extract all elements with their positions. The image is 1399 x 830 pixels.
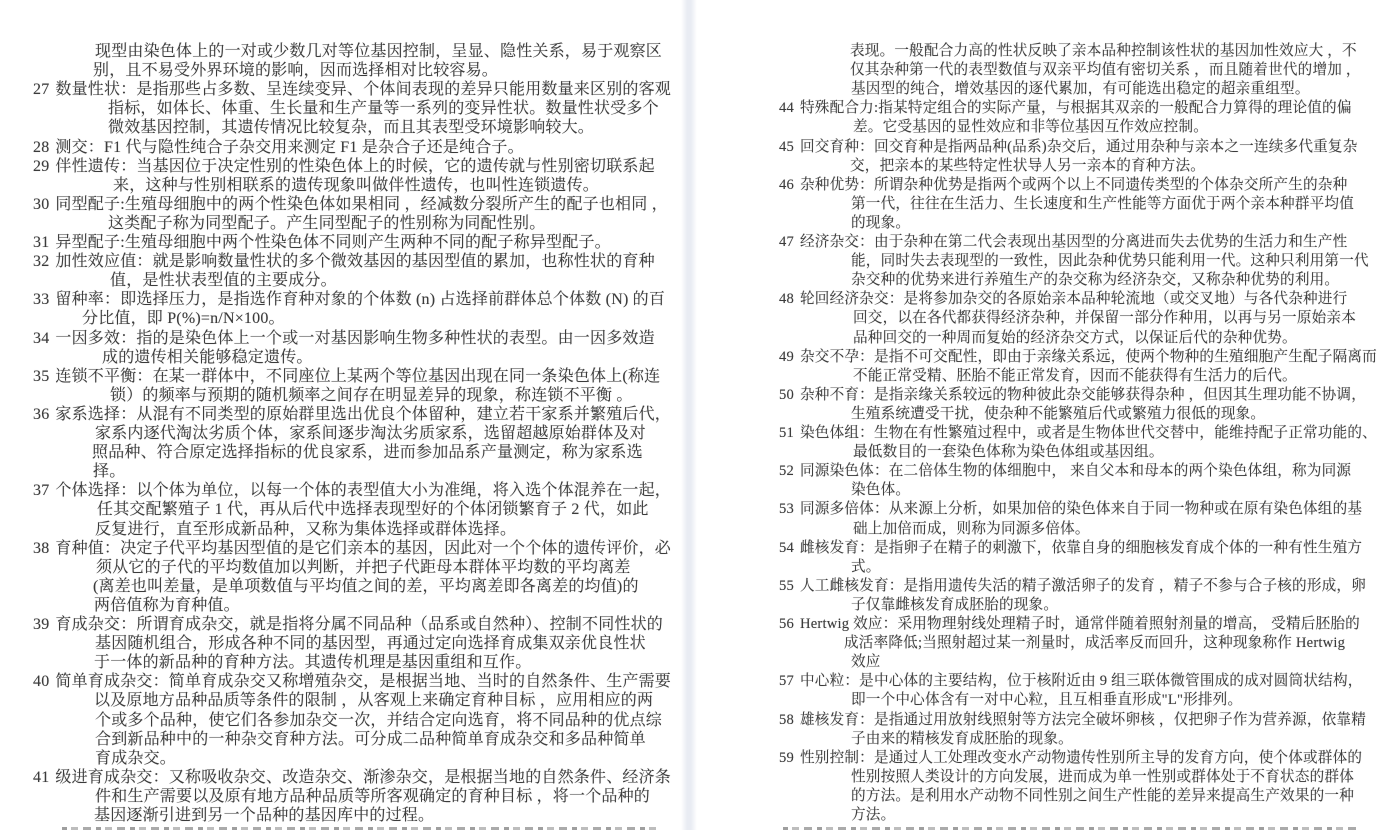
glossary-item-line: 51染色体组：生物在有性繁殖过程中，或者是生物体世代交替中，能维持配子正常功能的… (779, 426, 1377, 441)
line-text: 级进育成杂交：又称吸收杂交、改造杂交、渐渗杂交，是根据当地的自然条件、经济条 (55, 769, 671, 786)
line-text: 育成杂交：所谓育成杂交，就是指将分属不同品种（品系或自然种）、控制不同性状的 (55, 616, 663, 633)
glossary-continuation-line: 锁）的频率与预期的随机频率之间存在明显差异的现象，称连锁不平衡 。 (110, 388, 633, 404)
glossary-item-line: 53同源多倍体：从来源上分析，如果加倍的染色体来自于同一物种或在原有染色体组的基 (779, 502, 1362, 517)
line-text: 简单育成杂交：简单育成杂交又称增殖杂交，是根据当地、当时的自然条件、生产需要 (55, 673, 671, 690)
line-text: 中心粒：是中心体的主要结构，位于核附近由 9 组三联体微管围成的成对圆筒状结构， (800, 673, 1363, 689)
line-text: 反复进行，直至形成新品种，又称为集体选择或群体选择。 (95, 521, 516, 538)
glossary-item-line: 33留种率：即选择压力，是指选作育种对象的个体数 (n) 占选择前群体总个体数 … (33, 292, 665, 308)
glossary-continuation-line: 成的遗传相关能够稳定遗传。 (102, 350, 313, 366)
line-text: Hertwig 效应：采用物理射线处理精子时，通常伴随着照射剂量的增高， 受精后… (800, 616, 1360, 632)
glossary-item-line: 59性别控制：是通过人工处理改变水产动物遗传性别所主导的发育方向，使个体或群体的 (779, 751, 1362, 766)
item-number: 34 (33, 331, 49, 347)
glossary-continuation-line: 品种回交的一种周而复始的经济杂交方式，以保证后代的杂种优势。 (853, 331, 1297, 346)
glossary-item-line: 40简单育成杂交：简单育成杂交又称增殖杂交，是根据当地、当时的自然条件、生产需要 (33, 674, 671, 690)
line-text: 伴性遗传：当基因位于决定性别的性染色体上的时候，它的遗传就与性别密切联系起 (55, 158, 654, 175)
glossary-item-line: 37个体选择：以个体为单位，以每一个体的表型值大小为准绳，将入选个体混养在一起， (33, 483, 671, 499)
item-number: 28 (33, 140, 49, 156)
line-text: 个体选择：以个体为单位，以每一个体的表型值大小为准绳，将入选个体混养在一起， (55, 482, 671, 499)
item-number: 45 (779, 140, 794, 155)
item-number: 58 (779, 713, 794, 728)
line-text: 杂种不育：是指亲缘关系较远的物种彼此杂交能够获得杂种 ，但因其生理功能不协调， (800, 387, 1366, 403)
glossary-continuation-line: 于一体的新品种的育种方法。其遗传机理是基因重组和互作。 (94, 655, 531, 671)
line-text: 这类配子称为同型配子。产生同型配子的性别称为同配性别。 (108, 215, 545, 232)
item-number: 36 (33, 407, 49, 423)
line-text: 最低数目的一套染色体称为染色体组或基因组。 (853, 444, 1164, 460)
line-text: (离差也叫差量，是单项数值与平均值之间的差，平均离差即各离差的均值)的 (93, 578, 639, 595)
line-text: 值，是性状表型值的主要成分。 (110, 272, 337, 289)
item-number: 47 (779, 235, 794, 250)
line-text: 基因随机组合，形成各种不同的基因型，再通过定向选择育成集双亲优良性状 (95, 635, 646, 652)
line-text: 雌核发育：是指卵子在精子的刺激下，依靠自身的细胞核发育成个体的一种有性生殖方 (800, 540, 1362, 556)
line-text: 个或多个品种，使它们各参加杂交一次，并结合定向选育，将不同品种的优点综 (95, 712, 662, 729)
line-text: 子由来的精核发育成胚胎的现象。 (851, 731, 1073, 747)
line-text: 同源染色体：在二倍体生物的体细胞中， 来自父本和母本的两个染色体组，称为同源 (800, 463, 1351, 479)
glossary-item-line: 38育种值：决定子代平均基因型值的是它们亲本的基因，因此对一个个体的遗传评价，必 (33, 541, 671, 557)
item-number: 37 (33, 483, 49, 499)
line-text: 异型配子:生殖母细胞中两个性染色体不同则产生两种不同的配子称异型配子。 (55, 234, 610, 251)
line-text: 回交育种：回交育种是指两品种(品系)杂交后，通过用杂种与亲本之一连续多代重复杂 (800, 139, 1358, 155)
glossary-continuation-line: 家系内逐代淘汰劣质个体，家系间逐步淘汰劣质家系，选留超越原始群体及对 (95, 426, 646, 442)
glossary-continuation-line: 基因逐渐引进到另一个品种的基因库中的过程。 (94, 808, 434, 824)
item-number: 38 (33, 541, 49, 557)
glossary-continuation-line: 础上加倍而成，则称为同源多倍体。 (853, 522, 1090, 537)
line-text: 家系内逐代淘汰劣质个体，家系间逐步淘汰劣质家系，选留超越原始群体及对 (95, 425, 646, 442)
glossary-continuation-line: 成活率降低;当照射超过某一剂量时，成活率反而回升，这种现象称作 Hertwig (844, 636, 1345, 651)
line-text: 择。 (93, 463, 125, 480)
line-text: 经济杂交：由于杂种在第二代会表现出基因型的分离进而失去优势的生活力和生产性 (800, 234, 1347, 250)
item-number: 30 (33, 197, 49, 213)
item-number: 33 (33, 292, 49, 308)
line-text: 连锁不平衡：在某一群体中，不同座位上某两个等位基因出现在同一条染色体上(称连 (55, 368, 660, 385)
line-text: 别，且不易受外界环境的影响，因而选择相对比较容易。 (93, 62, 498, 79)
line-text: 雄核发育：是指通过用放射线照射等方法完全破坏卵核 ，仅把卵子作为营养源，依靠精 (800, 712, 1366, 728)
glossary-item-line: 30同型配子:生殖母细胞中的两个性染色体如果相同 ，经减数分裂所产生的配子也相同… (33, 197, 668, 213)
line-text: 一因多效：指的是染色体上一个或一对基因影响生物多种性状的表型。由一因多效造 (55, 330, 654, 347)
item-number: 29 (33, 159, 49, 175)
glossary-continuation-line: 别，且不易受外界环境的影响，因而选择相对比较容易。 (93, 63, 498, 79)
item-number: 44 (779, 101, 794, 116)
item-number: 41 (33, 770, 49, 786)
glossary-continuation-line: 基因随机组合，形成各种不同的基因型，再通过定向选择育成集双亲优良性状 (95, 636, 646, 652)
glossary-continuation-line: 件和生产需要以及原有地方品种品质等所客观确定的育种目标 ，将一个品种的 (95, 789, 650, 805)
glossary-item-line: 50杂种不育：是指亲缘关系较远的物种彼此杂交能够获得杂种 ，但因其生理功能不协调… (779, 388, 1366, 403)
glossary-item-line: 32加性效应值：就是影响数量性状的多个微效基因的基因型值的累加，也称性状的育种 (33, 254, 655, 270)
line-text: 基因型的纯合，增效基因的逐代累加，有可能选出稳定的超亲重组型。 (851, 81, 1310, 97)
document-viewer: 现型由染色体上的一对或少数几对等位基因控制，呈显、隐性关系，易于观察区别，且不易… (0, 0, 1399, 830)
glossary-item-line: 36家系选择：从混有不同类型的原始群里选出优良个体留种，建立若干家系并繁殖后代， (33, 407, 671, 423)
line-text: 以及原地方品种品质等条件的限制 ，从客观上来确定育种目标 ，应用相应的两 (94, 692, 653, 709)
glossary-continuation-line: 交，把亲本的某些特定性状导人另一亲本的育种方法。 (850, 159, 1205, 174)
glossary-item-line: 49杂交不孕：是指不可交配性，即由于亲缘关系远，使两个物种的生殖细胞产生配子隔离… (779, 350, 1377, 365)
line-text: 生殖系统遭受干扰，使杂种不能繁殖后代或繁殖力很低的现象。 (851, 406, 1265, 422)
line-text: 分比值，即 P(%)=n/N×100。 (82, 310, 285, 327)
glossary-item-line: 54雌核发育：是指卵子在精子的刺激下，依靠自身的细胞核发育成个体的一种有性生殖方 (779, 541, 1362, 556)
line-text: 任其交配繁殖子 1 代，再从后代中选择表现型好的个体闭锁繁育子 2 代，如此 (97, 501, 649, 518)
line-text: 留种率：即选择压力，是指选作育种对象的个体数 (n) 占选择前群体总个体数 (N… (55, 291, 665, 308)
item-number: 50 (779, 388, 794, 403)
line-text: 杂种优势：所谓杂种优势是指两个或两个以上不同遗传类型的个体杂交所产生的杂种 (800, 177, 1347, 193)
glossary-continuation-line: 效应 (851, 655, 881, 670)
line-text: 杂交种的优势来进行养殖生产的杂交称为经济杂交，又称杂种优势的利用。 (851, 272, 1339, 288)
item-number: 56 (779, 617, 794, 632)
glossary-continuation-line: 第一代，往往在生活力、生长速度和生产性能等方面优于两个亲本种群平均值 (851, 197, 1354, 212)
item-number: 35 (33, 369, 49, 385)
glossary-item-line: 52同源染色体：在二倍体生物的体细胞中， 来自父本和母本的两个染色体组，称为同源 (779, 464, 1351, 479)
line-text: 基因逐渐引进到另一个品种的基因库中的过程。 (94, 807, 434, 824)
glossary-continuation-line: 须从它的子代的平均数值加以判断，并把子代距母本群体平均数的平均离差 (96, 560, 631, 576)
glossary-continuation-line: 子仅靠雌核发育成胚胎的现象。 (851, 598, 1058, 613)
glossary-continuation-line: 染色体。 (851, 483, 910, 498)
item-number: 55 (779, 579, 794, 594)
line-text: 性别按照人类设计的方向发展，进而成为单一性别或群体处于不育状态的群体 (851, 769, 1354, 785)
item-number: 48 (779, 292, 794, 307)
item-number: 32 (33, 254, 49, 270)
line-text: 础上加倍而成，则称为同源多倍体。 (853, 521, 1090, 537)
glossary-continuation-line: 表现。一般配合力高的性状反映了亲本品种控制该性状的基因加性效应大 ，不 (850, 44, 1357, 59)
glossary-continuation-line: 最低数目的一套染色体称为染色体组或基因组。 (853, 445, 1164, 460)
line-text: 能，同时失去表现型的一致性，因此杂种优势只能利用一代。这种只利用第一代 (851, 253, 1369, 269)
line-text: 育种值：决定子代平均基因型值的是它们亲本的基因，因此对一个个体的遗传评价，必 (55, 540, 671, 557)
item-number: 39 (33, 617, 49, 633)
page-seam (681, 0, 697, 830)
item-number: 53 (779, 502, 794, 517)
glossary-continuation-line: 方法。 (851, 808, 895, 823)
item-number: 59 (779, 751, 794, 766)
glossary-item-line: 46杂种优势：所谓杂种优势是指两个或两个以上不同遗传类型的个体杂交所产生的杂种 (779, 178, 1347, 193)
glossary-continuation-line: (离差也叫差量，是单项数值与平均值之间的差，平均离差即各离差的均值)的 (93, 579, 639, 595)
line-text: 于一体的新品种的育种方法。其遗传机理是基因重组和互作。 (94, 654, 531, 671)
line-text: 锁）的频率与预期的随机频率之间存在明显差异的现象，称连锁不平衡 。 (110, 387, 633, 404)
line-text: 差。它受基因的显性效应和非等位基因互作效应控制。 (853, 119, 1208, 135)
line-text: 件和生产需要以及原有地方品种品质等所客观确定的育种目标 ，将一个品种的 (95, 788, 650, 805)
line-text: 表现。一般配合力高的性状反映了亲本品种控制该性状的基因加性效应大 ，不 (850, 43, 1357, 59)
glossary-continuation-line: 式。 (851, 560, 881, 575)
glossary-continuation-line: 回交，以在各代都获得经济杂种，并保留一部分作种用，以再与另一原始亲本 (853, 311, 1356, 326)
line-text: 效应 (851, 654, 881, 670)
glossary-continuation-line: 值，是性状表型值的主要成分。 (110, 273, 337, 289)
glossary-continuation-line: 合到新品种中的一种杂交育种方法。可分成二品种简单育成杂交和多品种简单 (95, 732, 646, 748)
line-text: 回交，以在各代都获得经济杂种，并保留一部分作种用，以再与另一原始亲本 (853, 310, 1356, 326)
glossary-continuation-line: 这类配子称为同型配子。产生同型配子的性别称为同配性别。 (108, 216, 545, 232)
line-text: 不能正常受精、胚胎不能正常发育，因而不能获得有生活力的后代。 (853, 368, 1297, 384)
glossary-item-line: 58雄核发育：是指通过用放射线照射等方法完全破坏卵核 ，仅把卵子作为营养源，依靠… (779, 713, 1366, 728)
item-number: 57 (779, 674, 794, 689)
glossary-continuation-line: 不能正常受精、胚胎不能正常发育，因而不能获得有生活力的后代。 (853, 369, 1297, 384)
line-text: 测交：F1 代与隐性纯合子杂交用来测定 F1 是杂合子还是纯合子。 (55, 139, 523, 156)
line-text: 合到新品种中的一种杂交育种方法。可分成二品种简单育成杂交和多品种简单 (95, 731, 646, 748)
line-text: 来，这种与性别相联系的遗传现象叫做伴性遗传，也叫性连锁遗传。 (113, 177, 599, 194)
line-text: 同源多倍体：从来源上分析，如果加倍的染色体来自于同一物种或在原有染色体组的基 (800, 501, 1362, 517)
line-text: 即一个中心体含有一对中心粒，且互相垂直形成"L"形排列。 (851, 692, 1242, 708)
line-text: 照品种、符合原定选择指标的优良家系，进而参加品系产量测定，称为家系选 (92, 444, 643, 461)
item-number: 49 (779, 350, 794, 365)
line-text: 数量性状：是指那些占多数、呈连续变异、个体间表现的差异只能用数量来区别的客观 (55, 81, 671, 98)
line-text: 性别控制：是通过人工处理改变水产动物遗传性别所主导的发育方向，使个体或群体的 (800, 750, 1362, 766)
item-number: 31 (33, 235, 49, 251)
item-number: 52 (779, 464, 794, 479)
line-text: 子仅靠雌核发育成胚胎的现象。 (851, 597, 1058, 613)
glossary-continuation-line: 择。 (93, 464, 125, 480)
glossary-continuation-line: 来，这种与性别相联系的遗传现象叫做伴性遗传，也叫性连锁遗传。 (113, 178, 599, 194)
glossary-item-line: 35连锁不平衡：在某一群体中，不同座位上某两个等位基因出现在同一条染色体上(称连 (33, 369, 660, 385)
glossary-item-line: 48轮回经济杂交：是将参加杂交的各原始亲本品种轮流地（或交叉地）与各代杂种进行 (779, 292, 1347, 307)
line-text: 人工雌核发育：是指用遗传失活的精子激活卵子的发育 ，精子不参与合子核的形成，卵 (800, 578, 1366, 594)
line-text: 须从它的子代的平均数值加以判断，并把子代距母本群体平均数的平均离差 (96, 559, 631, 576)
glossary-continuation-line: 分比值，即 P(%)=n/N×100。 (82, 311, 285, 327)
glossary-continuation-line: 生殖系统遭受干扰，使杂种不能繁殖后代或繁殖力很低的现象。 (851, 407, 1265, 422)
glossary-continuation-line: 子由来的精核发育成胚胎的现象。 (851, 732, 1073, 747)
glossary-continuation-line: 的现象。 (851, 216, 910, 231)
glossary-continuation-line: 即一个中心体含有一对中心粒，且互相垂直形成"L"形排列。 (851, 693, 1242, 708)
line-text: 染色体。 (851, 482, 910, 498)
line-text: 两倍值称为育种值。 (94, 597, 240, 614)
glossary-item-line: 41级进育成杂交：又称吸收杂交、改造杂交、渐渗杂交，是根据当地的自然条件、经济条 (33, 770, 671, 786)
line-text: 杂交不孕：是指不可交配性，即由于亲缘关系远，使两个物种的生殖细胞产生配子隔离而 (800, 349, 1377, 365)
line-text: 特殊配合力:指某特定组合的实际产量，与根据其双亲的一般配合力算得的理论值的偏 (800, 100, 1352, 116)
line-text: 微效基因控制，其遗传情况比较复杂，而且其表型受环境影响较大。 (108, 119, 594, 136)
line-text: 家系选择：从混有不同类型的原始群里选出优良个体留种，建立若干家系并繁殖后代， (55, 406, 671, 423)
item-number: 54 (779, 541, 794, 556)
glossary-item-line: 55人工雌核发育：是指用遗传失活的精子激活卵子的发育 ，精子不参与合子核的形成，… (779, 579, 1366, 594)
glossary-item-line: 56Hertwig 效应：采用物理射线处理精子时，通常伴随着照射剂量的增高， 受… (779, 617, 1360, 632)
line-text: 第一代，往往在生活力、生长速度和生产性能等方面优于两个亲本种群平均值 (851, 196, 1354, 212)
line-text: 加性效应值：就是影响数量性状的多个微效基因的基因型值的累加，也称性状的育种 (55, 253, 654, 270)
glossary-item-line: 29伴性遗传：当基因位于决定性别的性染色体上的时候，它的遗传就与性别密切联系起 (33, 159, 655, 175)
glossary-continuation-line: 育成杂交。 (95, 751, 176, 767)
glossary-item-line: 44特殊配合力:指某特定组合的实际产量，与根据其双亲的一般配合力算得的理论值的偏 (779, 101, 1352, 116)
glossary-continuation-line: 微效基因控制，其遗传情况比较复杂，而且其表型受环境影响较大。 (108, 120, 594, 136)
line-text: 仅其杂种第一代的表型数值与双亲平均值有密切关系 ，而且随着世代的增加 ， (850, 62, 1361, 78)
line-text: 品种回交的一种周而复始的经济杂交方式，以保证后代的杂种优势。 (853, 330, 1297, 346)
line-text: 育成杂交。 (95, 750, 176, 767)
glossary-continuation-line: 能，同时失去表现型的一致性，因此杂种优势只能利用一代。这种只利用第一代 (851, 254, 1369, 269)
line-text: 同型配子:生殖母细胞中的两个性染色体如果相同 ，经减数分裂所产生的配子也相同 ， (55, 196, 667, 213)
line-text: 的方法。是利用水产动物不同性别之间生产性能的差异来提高生产效果的一种 (851, 788, 1354, 804)
glossary-continuation-line: 的方法。是利用水产动物不同性别之间生产性能的差异来提高生产效果的一种 (851, 789, 1354, 804)
glossary-continuation-line: 基因型的纯合，增效基因的逐代累加，有可能选出稳定的超亲重组型。 (851, 82, 1310, 97)
glossary-continuation-line: 指标，如体长、体重、生长量和生产量等一系列的变异性状。数量性状受多个 (108, 101, 659, 117)
line-text: 方法。 (851, 807, 895, 823)
item-number: 51 (779, 426, 794, 441)
line-text: 交，把亲本的某些特定性状导人另一亲本的育种方法。 (850, 158, 1205, 174)
glossary-item-line: 31异型配子:生殖母细胞中两个性染色体不同则产生两种不同的配子称异型配子。 (33, 235, 611, 251)
glossary-item-line: 47经济杂交：由于杂种在第二代会表现出基因型的分离进而失去优势的生活力和生产性 (779, 235, 1347, 250)
glossary-item-line: 27数量性状：是指那些占多数、呈连续变异、个体间表现的差异只能用数量来区别的客观 (33, 82, 671, 98)
glossary-item-line: 34一因多效：指的是染色体上一个或一对基因影响生物多种性状的表型。由一因多效造 (33, 331, 655, 347)
line-text: 式。 (851, 559, 881, 575)
line-text: 成活率降低;当照射超过某一剂量时，成活率反而回升，这种现象称作 Hertwig (844, 635, 1345, 651)
item-number: 40 (33, 674, 49, 690)
line-text: 指标，如体长、体重、生长量和生产量等一系列的变异性状。数量性状受多个 (108, 100, 659, 117)
glossary-continuation-line: 以及原地方品种品质等条件的限制 ，从客观上来确定育种目标 ，应用相应的两 (94, 693, 653, 709)
glossary-continuation-line: 杂交种的优势来进行养殖生产的杂交称为经济杂交，又称杂种优势的利用。 (851, 273, 1339, 288)
glossary-item-line: 39育成杂交：所谓育成杂交，就是指将分属不同品种（品系或自然种）、控制不同性状的 (33, 617, 663, 633)
glossary-continuation-line: 两倍值称为育种值。 (94, 598, 240, 614)
glossary-continuation-line: 仅其杂种第一代的表型数值与双亲平均值有密切关系 ，而且随着世代的增加 ， (850, 63, 1361, 78)
line-text: 现型由染色体上的一对或少数几对等位基因控制，呈显、隐性关系，易于观察区 (95, 43, 662, 60)
glossary-item-line: 28测交：F1 代与隐性纯合子杂交用来测定 F1 是杂合子还是纯合子。 (33, 140, 524, 156)
line-text: 成的遗传相关能够稳定遗传。 (102, 349, 313, 366)
glossary-continuation-line: 现型由染色体上的一对或少数几对等位基因控制，呈显、隐性关系，易于观察区 (95, 44, 662, 60)
line-text: 的现象。 (851, 215, 910, 231)
item-number: 46 (779, 178, 794, 193)
item-number: 27 (33, 82, 49, 98)
glossary-continuation-line: 任其交配繁殖子 1 代，再从后代中选择表现型好的个体闭锁繁育子 2 代，如此 (97, 502, 649, 518)
glossary-item-line: 45回交育种：回交育种是指两品种(品系)杂交后，通过用杂种与亲本之一连续多代重复… (779, 140, 1358, 155)
glossary-continuation-line: 个或多个品种，使它们各参加杂交一次，并结合定向选育，将不同品种的优点综 (95, 713, 662, 729)
glossary-continuation-line: 性别按照人类设计的方向发展，进而成为单一性别或群体处于不育状态的群体 (851, 770, 1354, 785)
line-text: 染色体组：生物在有性繁殖过程中，或者是生物体世代交替中，能维持配子正常功能的、 (800, 425, 1377, 441)
line-text: 轮回经济杂交：是将参加杂交的各原始亲本品种轮流地（或交叉地）与各代杂种进行 (800, 291, 1347, 307)
glossary-continuation-line: 反复进行，直至形成新品种，又称为集体选择或群体选择。 (95, 522, 516, 538)
glossary-continuation-line: 照品种、符合原定选择指标的优良家系，进而参加品系产量测定，称为家系选 (92, 445, 643, 461)
glossary-continuation-line: 差。它受基因的显性效应和非等位基因互作效应控制。 (853, 120, 1208, 135)
glossary-item-line: 57中心粒：是中心体的主要结构，位于核附近由 9 组三联体微管围成的成对圆筒状结… (779, 674, 1363, 689)
